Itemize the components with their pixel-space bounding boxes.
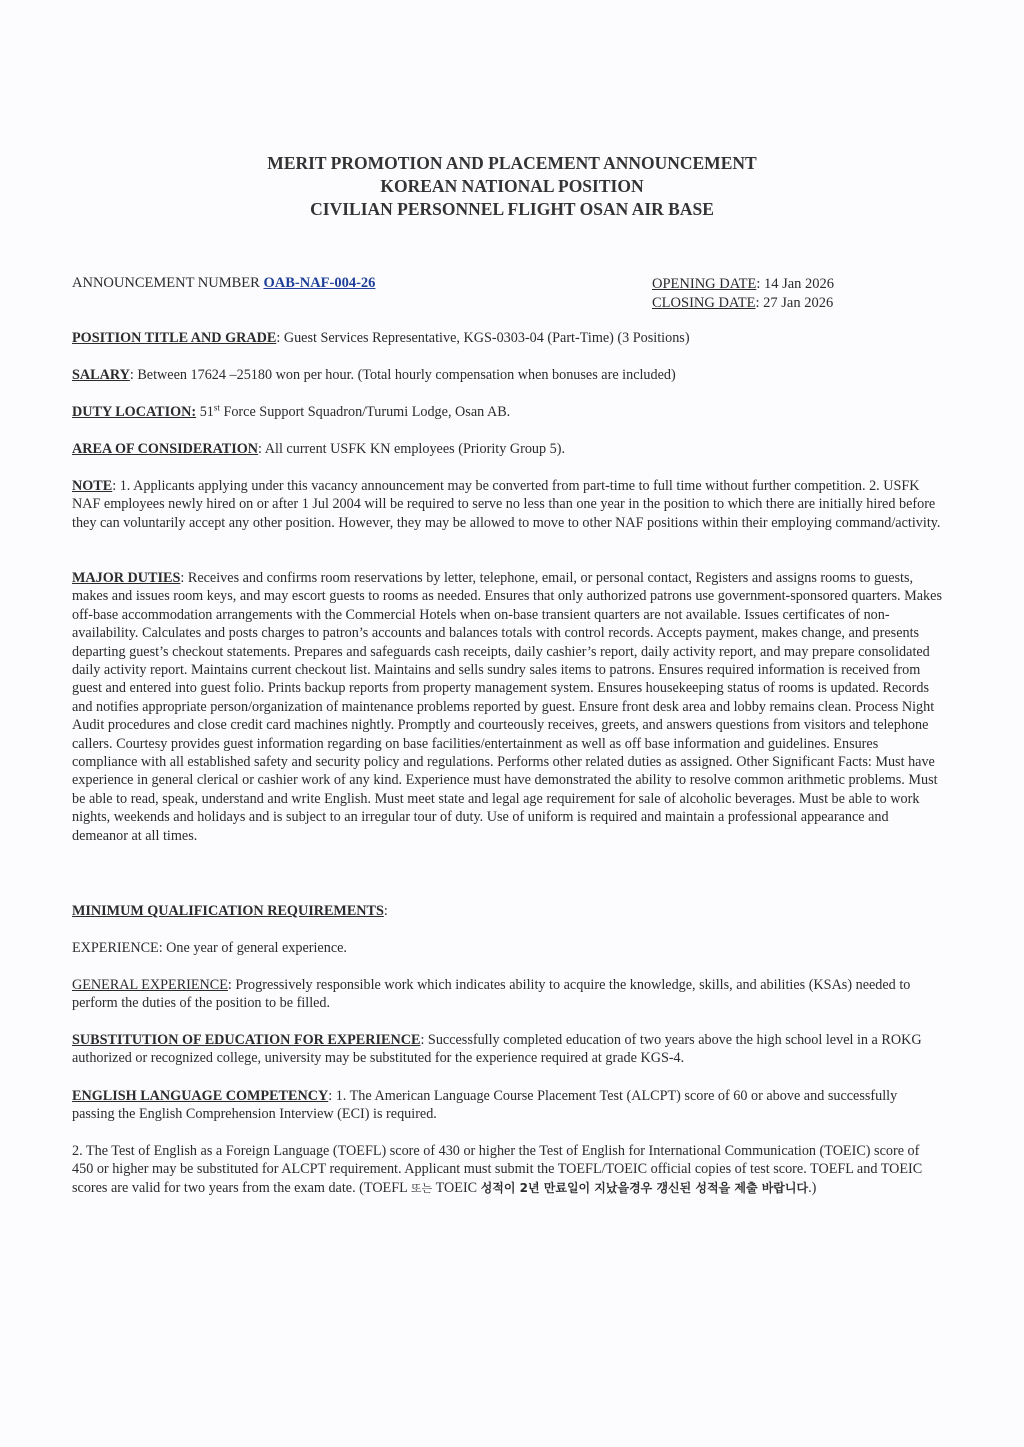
title-line-2: KOREAN NATIONAL POSITION	[0, 175, 1024, 198]
substitution-section: SUBSTITUTION OF EDUCATION FOR EXPERIENCE…	[72, 1031, 942, 1068]
english-competency-label: ENGLISH LANGUAGE COMPETENCY	[72, 1088, 328, 1104]
salary-section: SALARY: Between 17624 –25180 won per hou…	[72, 366, 942, 384]
note-label: NOTE	[72, 478, 112, 494]
area-label: AREA OF CONSIDERATION	[72, 441, 258, 457]
duty-location-number: 51	[196, 404, 214, 420]
toefl-korean-or: 또는	[411, 1182, 432, 1195]
announcement-number-link[interactable]: OAB-NAF-004-26	[263, 275, 375, 291]
salary-label: SALARY	[72, 367, 130, 383]
closing-date-value: : 27 Jan 2026	[756, 295, 834, 311]
opening-date-label: OPENING DATE	[652, 276, 756, 292]
announcement-page: MERIT PROMOTION AND PLACEMENT ANNOUNCEME…	[0, 0, 1024, 1447]
position-title-label: POSITION TITLE AND GRADE	[72, 330, 276, 346]
experience-section: EXPERIENCE: One year of general experien…	[72, 939, 942, 957]
major-duties-section: MAJOR DUTIES: Receives and confirms room…	[72, 569, 942, 845]
closing-date-label: CLOSING DATE	[652, 295, 756, 311]
closing-date: CLOSING DATE: 27 Jan 2026	[652, 294, 834, 313]
announcement-number-row: ANNOUNCEMENT NUMBER OAB-NAF-004-26	[72, 275, 375, 292]
title-line-1: MERIT PROMOTION AND PLACEMENT ANNOUNCEME…	[0, 152, 1024, 175]
opening-date-value: : 14 Jan 2026	[756, 276, 834, 292]
general-experience-section: GENERAL EXPERIENCE: Progressively respon…	[72, 976, 942, 1013]
area-value: : All current USFK KN employees (Priorit…	[258, 441, 565, 457]
toefl-section: 2. The Test of English as a Foreign Lang…	[72, 1142, 942, 1198]
toefl-toeic: TOEIC	[432, 1180, 481, 1196]
min-qualification-label: MINIMUM QUALIFICATION REQUIREMENTS	[72, 903, 384, 919]
announcement-number-label: ANNOUNCEMENT NUMBER	[72, 275, 263, 291]
opening-date: OPENING DATE: 14 Jan 2026	[652, 275, 834, 294]
min-qualification-section: MINIMUM QUALIFICATION REQUIREMENTS:	[72, 902, 942, 920]
toefl-close: .)	[808, 1180, 816, 1196]
general-experience-label: GENERAL EXPERIENCE	[72, 977, 228, 993]
min-qualification-suffix: :	[384, 903, 388, 919]
note-section: NOTE: 1. Applicants applying under this …	[72, 477, 942, 532]
title-line-3: CIVILIAN PERSONNEL FLIGHT OSAN AIR BASE	[0, 198, 1024, 221]
position-title-section: POSITION TITLE AND GRADE: Guest Services…	[72, 329, 942, 347]
note-value: : 1. Applicants applying under this vaca…	[72, 478, 940, 531]
substitution-label: SUBSTITUTION OF EDUCATION FOR EXPERIENCE	[72, 1032, 420, 1048]
major-duties-label: MAJOR DUTIES	[72, 570, 180, 586]
dates-block: OPENING DATE: 14 Jan 2026 CLOSING DATE: …	[652, 275, 834, 313]
duty-location-label: DUTY LOCATION:	[72, 404, 196, 420]
duty-location-section: DUTY LOCATION: 51st Force Support Squadr…	[72, 403, 942, 421]
document-title: MERIT PROMOTION AND PLACEMENT ANNOUNCEME…	[0, 152, 1024, 221]
position-title-value: : Guest Services Representative, KGS-030…	[276, 330, 689, 346]
duty-location-value: Force Support Squadron/Turumi Lodge, Osa…	[220, 404, 510, 420]
english-competency-section: ENGLISH LANGUAGE COMPETENCY: 1. The Amer…	[72, 1087, 942, 1124]
area-of-consideration-section: AREA OF CONSIDERATION: All current USFK …	[72, 440, 942, 458]
salary-value: : Between 17624 –25180 won per hour. (To…	[130, 367, 676, 383]
experience-text: EXPERIENCE: One year of general experien…	[72, 940, 347, 956]
toefl-korean-note: 성적이 2년 만료일이 지났을경우 갱신된 성적을 제출 바랍니다	[481, 1181, 808, 1195]
major-duties-value: : Receives and confirms room reservation…	[72, 570, 942, 844]
